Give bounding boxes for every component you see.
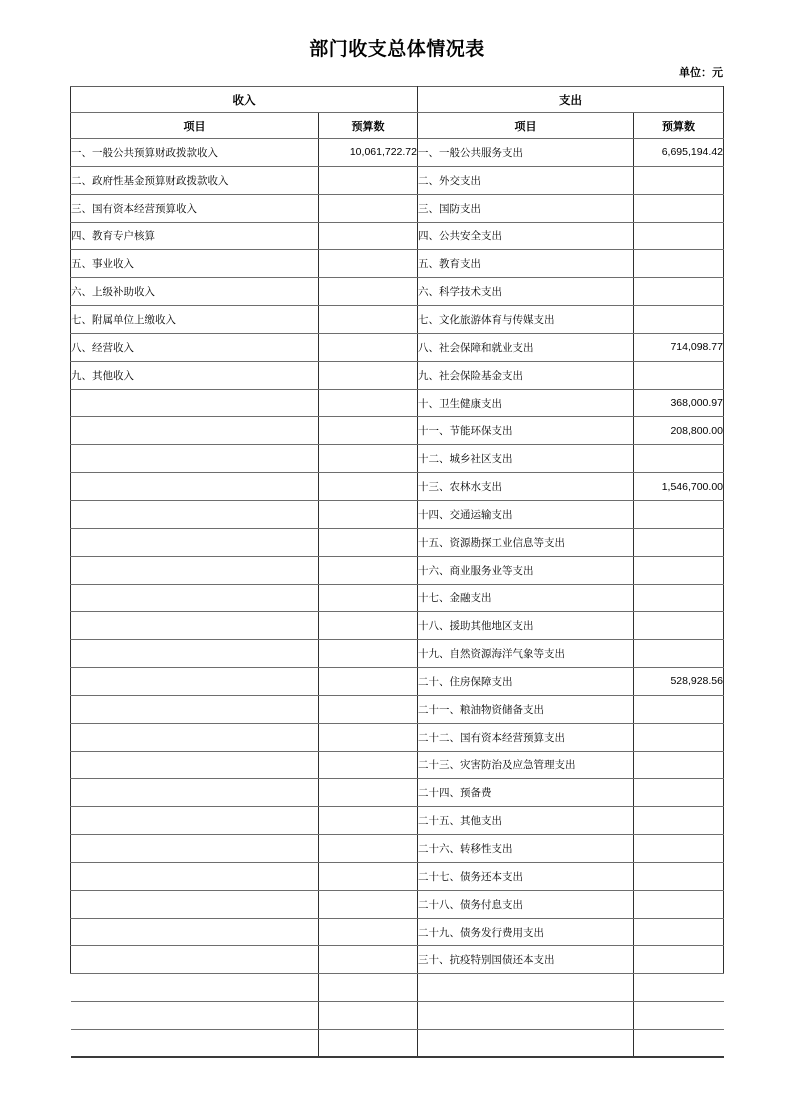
expense-item-cell: 二十三、灾害防治及应急管理支出 [418, 751, 634, 779]
income-budget-cell [319, 333, 418, 361]
expense-budget-cell [634, 695, 724, 723]
income-item-cell [71, 807, 319, 835]
income-item-cell [71, 668, 319, 696]
table-row: 二十五、其他支出 [71, 807, 724, 835]
income-budget-cell [319, 500, 418, 528]
table-row: 三、国有资本经营预算收入三、国防支出 [71, 194, 724, 222]
income-budget-cell [319, 389, 418, 417]
expense-budget-cell: 6,695,194.42 [634, 139, 724, 167]
income-item-cell [71, 640, 319, 668]
expense-item-cell: 三十、抗疫特别国债还本支出 [418, 946, 634, 974]
income-budget-cell [319, 779, 418, 807]
income-budget-cell [319, 835, 418, 863]
income-budget-cell [319, 1030, 418, 1058]
expense-item-cell: 二十六、转移性支出 [418, 835, 634, 863]
table-row: 十七、金融支出 [71, 584, 724, 612]
income-budget-cell [319, 473, 418, 501]
expense-budget-cell [634, 556, 724, 584]
expense-budget-cell: 714,098.77 [634, 333, 724, 361]
expense-item-cell: 十八、援助其他地区支出 [418, 612, 634, 640]
table-row: 九、其他收入九、社会保险基金支出 [71, 361, 724, 389]
table-row: 十五、资源勘探工业信息等支出 [71, 528, 724, 556]
table-row: 二、政府性基金预算财政拨款收入二、外交支出 [71, 166, 724, 194]
expense-item-cell: 二十、住房保障支出 [418, 668, 634, 696]
expense-item-cell: 十一、节能环保支出 [418, 417, 634, 445]
table-row: 十六、商业服务业等支出 [71, 556, 724, 584]
unit-label: 单位：元 [679, 64, 723, 80]
expense-item-cell: 十、卫生健康支出 [418, 389, 634, 417]
income-item-cell [71, 445, 319, 473]
expense-budget-cell [634, 445, 724, 473]
expense-budget-cell [634, 835, 724, 863]
income-budget-cell [319, 278, 418, 306]
expense-budget-cell [634, 528, 724, 556]
expense-budget-cell [634, 946, 724, 974]
table-row: 二十八、债务付息支出 [71, 890, 724, 918]
expense-item-cell [418, 974, 634, 1002]
expense-item-cell: 十二、城乡社区支出 [418, 445, 634, 473]
expense-budget-cell [634, 306, 724, 334]
income-item-column-header: 项目 [71, 113, 319, 139]
expense-budget-cell: 1,546,700.00 [634, 473, 724, 501]
income-budget-cell [319, 974, 418, 1002]
expense-item-cell: 八、社会保障和就业支出 [418, 333, 634, 361]
table-row: 二十二、国有资本经营预算支出 [71, 723, 724, 751]
expense-budget-cell [634, 584, 724, 612]
table-row: 二十四、预备费 [71, 779, 724, 807]
income-item-cell [71, 835, 319, 863]
table-row: 十八、援助其他地区支出 [71, 612, 724, 640]
expense-budget-cell: 528,928.56 [634, 668, 724, 696]
income-item-cell [71, 946, 319, 974]
table-row [71, 974, 724, 1002]
table-row: 六、上级补助收入六、科学技术支出 [71, 278, 724, 306]
table-row: 五、事业收入五、教育支出 [71, 250, 724, 278]
income-budget-cell [319, 668, 418, 696]
income-budget-cell [319, 417, 418, 445]
expense-item-cell [418, 1030, 634, 1058]
income-budget-column-header: 预算数 [319, 113, 418, 139]
expense-budget-column-header: 预算数 [634, 113, 724, 139]
expense-budget-cell [634, 723, 724, 751]
income-item-cell [71, 612, 319, 640]
expense-item-cell: 二十二、国有资本经营预算支出 [418, 723, 634, 751]
income-budget-cell [319, 807, 418, 835]
table-row: 七、附属单位上缴收入七、文化旅游体育与传媒支出 [71, 306, 724, 334]
income-item-cell [71, 500, 319, 528]
table-row: 三十、抗疫特别国债还本支出 [71, 946, 724, 974]
income-budget-cell [319, 918, 418, 946]
income-item-cell: 二、政府性基金预算财政拨款收入 [71, 166, 319, 194]
expense-item-cell: 一、一般公共服务支出 [418, 139, 634, 167]
income-budget-cell [319, 1002, 418, 1030]
expense-budget-cell [634, 250, 724, 278]
table-row: 十四、交通运输支出 [71, 500, 724, 528]
income-budget-cell [319, 222, 418, 250]
expense-budget-cell [634, 890, 724, 918]
income-budget-cell [319, 695, 418, 723]
expense-item-cell: 十五、资源勘探工业信息等支出 [418, 528, 634, 556]
expense-budget-cell [634, 361, 724, 389]
income-budget-cell [319, 250, 418, 278]
expense-budget-cell [634, 751, 724, 779]
table-row: 十一、节能环保支出208,800.00 [71, 417, 724, 445]
income-budget-cell [319, 166, 418, 194]
expense-item-cell: 二十一、粮油物资储备支出 [418, 695, 634, 723]
income-budget-cell [319, 445, 418, 473]
expense-budget-cell [634, 612, 724, 640]
expense-budget-cell: 208,800.00 [634, 417, 724, 445]
expense-item-cell: 七、文化旅游体育与传媒支出 [418, 306, 634, 334]
expense-item-column-header: 项目 [418, 113, 634, 139]
income-item-cell [71, 417, 319, 445]
expense-item-cell: 十六、商业服务业等支出 [418, 556, 634, 584]
income-item-cell: 三、国有资本经营预算收入 [71, 194, 319, 222]
income-item-cell [71, 584, 319, 612]
income-item-cell: 九、其他收入 [71, 361, 319, 389]
expense-budget-cell [634, 862, 724, 890]
income-budget-cell [319, 584, 418, 612]
expense-item-cell: 九、社会保险基金支出 [418, 361, 634, 389]
expense-budget-cell [634, 500, 724, 528]
expense-budget-cell [634, 278, 724, 306]
expense-item-cell: 六、科学技术支出 [418, 278, 634, 306]
income-budget-cell [319, 751, 418, 779]
table-row: 十二、城乡社区支出 [71, 445, 724, 473]
income-item-cell: 八、经营收入 [71, 333, 319, 361]
document-page: 部门收支总体情况表 单位：元 收入 支出 项目 预算数 项目 预算数 一、一般公… [0, 0, 794, 1108]
expense-item-cell: 十四、交通运输支出 [418, 500, 634, 528]
expense-item-cell: 三、国防支出 [418, 194, 634, 222]
page-title: 部门收支总体情况表 [0, 34, 794, 61]
expense-budget-cell: 368,000.97 [634, 389, 724, 417]
income-item-cell [71, 473, 319, 501]
table-row: 二十九、债务发行费用支出 [71, 918, 724, 946]
expense-item-cell: 十九、自然资源海洋气象等支出 [418, 640, 634, 668]
table-row: 二十七、债务还本支出 [71, 862, 724, 890]
table-row: 十九、自然资源海洋气象等支出 [71, 640, 724, 668]
expense-budget-cell [634, 1002, 724, 1030]
expense-budget-cell [634, 807, 724, 835]
expense-item-cell: 二十八、债务付息支出 [418, 890, 634, 918]
budget-table: 收入 支出 项目 预算数 项目 预算数 一、一般公共预算财政拨款收入10,061… [70, 86, 724, 1058]
income-item-cell [71, 779, 319, 807]
income-budget-cell [319, 640, 418, 668]
expense-item-cell: 二十七、债务还本支出 [418, 862, 634, 890]
income-budget-cell [319, 306, 418, 334]
income-item-cell [71, 695, 319, 723]
expense-item-cell [418, 1002, 634, 1030]
table-row [71, 1030, 724, 1058]
table-row: 十三、农林水支出1,546,700.00 [71, 473, 724, 501]
expense-item-cell: 二十五、其他支出 [418, 807, 634, 835]
expense-budget-cell [634, 918, 724, 946]
expense-budget-cell [634, 640, 724, 668]
income-item-cell: 七、附属单位上缴收入 [71, 306, 319, 334]
expense-item-cell: 二十四、预备费 [418, 779, 634, 807]
expense-item-cell: 五、教育支出 [418, 250, 634, 278]
expense-budget-cell [634, 974, 724, 1002]
table-row [71, 1002, 724, 1030]
income-item-cell [71, 723, 319, 751]
table-row: 一、一般公共预算财政拨款收入10,061,722.72一、一般公共服务支出6,6… [71, 139, 724, 167]
expense-item-cell: 十三、农林水支出 [418, 473, 634, 501]
income-item-cell [71, 1002, 319, 1030]
income-item-cell: 一、一般公共预算财政拨款收入 [71, 139, 319, 167]
income-section-header: 收入 [71, 87, 418, 113]
income-budget-cell [319, 528, 418, 556]
expense-budget-cell [634, 779, 724, 807]
expense-budget-cell [634, 194, 724, 222]
income-budget-cell: 10,061,722.72 [319, 139, 418, 167]
income-budget-cell [319, 890, 418, 918]
table-row: 二十三、灾害防治及应急管理支出 [71, 751, 724, 779]
table-row: 十、卫生健康支出368,000.97 [71, 389, 724, 417]
expense-item-cell: 二、外交支出 [418, 166, 634, 194]
income-item-cell [71, 974, 319, 1002]
expense-budget-cell [634, 222, 724, 250]
expense-budget-cell [634, 166, 724, 194]
income-item-cell: 六、上级补助收入 [71, 278, 319, 306]
income-budget-cell [319, 723, 418, 751]
income-item-cell [71, 890, 319, 918]
column-header-row: 项目 预算数 项目 预算数 [71, 113, 724, 139]
income-budget-cell [319, 361, 418, 389]
table-row: 二十、住房保障支出528,928.56 [71, 668, 724, 696]
expense-item-cell: 十七、金融支出 [418, 584, 634, 612]
table-row: 二十六、转移性支出 [71, 835, 724, 863]
income-item-cell [71, 751, 319, 779]
section-header-row: 收入 支出 [71, 87, 724, 113]
income-budget-cell [319, 194, 418, 222]
income-item-cell [71, 862, 319, 890]
income-budget-cell [319, 946, 418, 974]
income-item-cell [71, 556, 319, 584]
expense-section-header: 支出 [418, 87, 724, 113]
income-item-cell: 五、事业收入 [71, 250, 319, 278]
income-item-cell: 四、教育专户核算 [71, 222, 319, 250]
table-row: 二十一、粮油物资储备支出 [71, 695, 724, 723]
income-budget-cell [319, 612, 418, 640]
income-item-cell [71, 1030, 319, 1058]
income-item-cell [71, 918, 319, 946]
income-item-cell [71, 528, 319, 556]
expense-item-cell: 二十九、债务发行费用支出 [418, 918, 634, 946]
table-row: 四、教育专户核算四、公共安全支出 [71, 222, 724, 250]
income-item-cell [71, 389, 319, 417]
table-row: 八、经营收入八、社会保障和就业支出714,098.77 [71, 333, 724, 361]
income-budget-cell [319, 556, 418, 584]
income-budget-cell [319, 862, 418, 890]
expense-budget-cell [634, 1030, 724, 1058]
expense-item-cell: 四、公共安全支出 [418, 222, 634, 250]
